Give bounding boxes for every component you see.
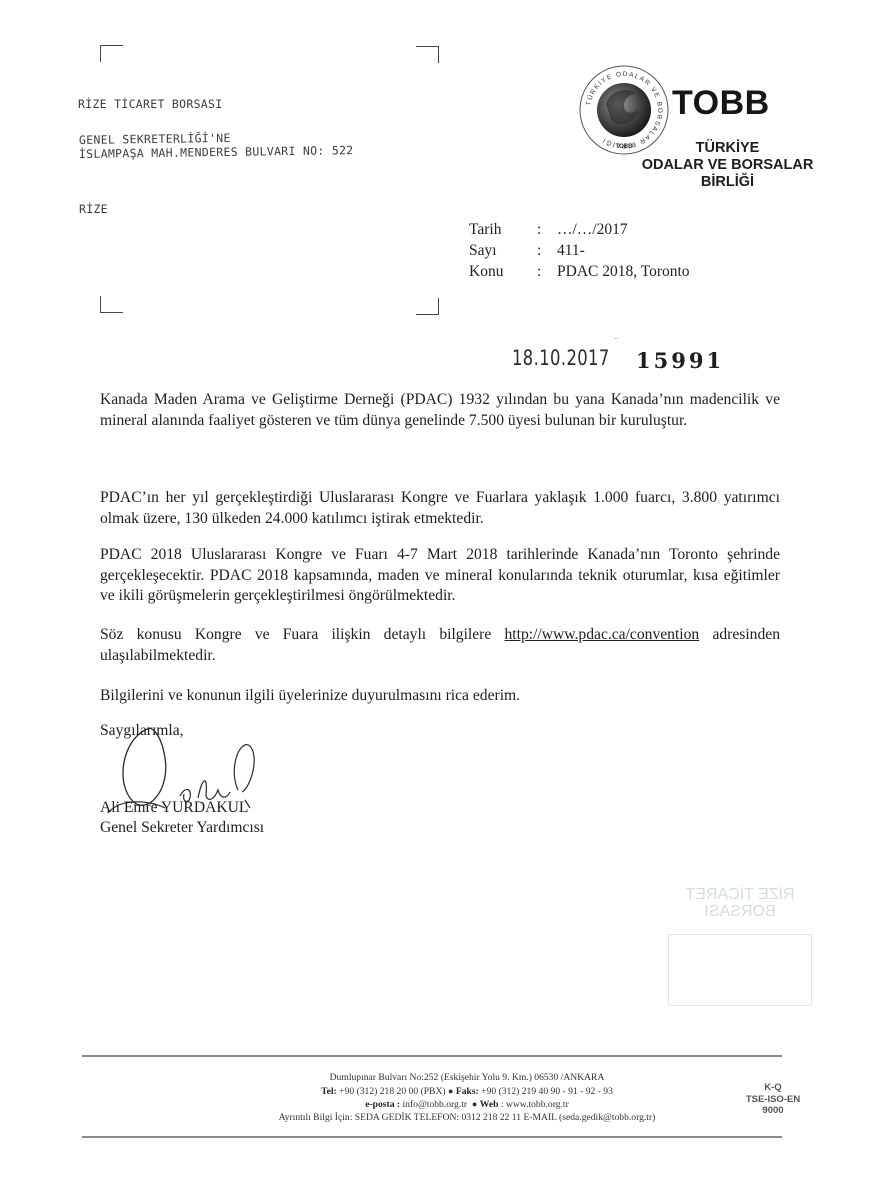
incoming-stamp-ghost: RİZE TİCARET BORSASI bbox=[660, 886, 820, 1026]
paragraph: Bilgilerini ve konunun ilgili üyeleriniz… bbox=[100, 686, 780, 707]
cert-line: K-Q bbox=[738, 1082, 808, 1094]
footer-address: Dumlupınar Bulvarı No:252 (Eskişehir Yol… bbox=[232, 1072, 702, 1085]
footer-divider bbox=[82, 1055, 782, 1057]
ghost-stamp-line: BORSASI bbox=[660, 903, 820, 920]
meta-value: …/…/2017 bbox=[557, 219, 628, 240]
web-label: Web bbox=[480, 1099, 499, 1110]
footer-phones: Tel: +90 (312) 218 20 00 (PBX) ● Faks: +… bbox=[232, 1085, 702, 1099]
web-link[interactable]: www.tobb.org.tr bbox=[506, 1099, 569, 1110]
footer-contact-person: Ayrıntılı Bilgi İçin: SEDA GEDİK TELEFON… bbox=[232, 1112, 702, 1125]
fax-value: +90 (312) 219 40 90 - 91 - 92 - 93 bbox=[481, 1086, 613, 1097]
meta-value: PDAC 2018, Toronto bbox=[557, 261, 690, 282]
meta-separator: : bbox=[537, 219, 557, 240]
recipient-line-1: RİZE TİCARET BORSASI bbox=[78, 97, 222, 111]
meta-row-date: Tarih : …/…/2017 bbox=[469, 219, 690, 240]
address-window-corner bbox=[416, 298, 439, 315]
meta-value: 411- bbox=[557, 240, 585, 261]
paragraph: PDAC 2018 Uluslararası Kongre ve Fuarı 4… bbox=[100, 545, 780, 607]
sender-name-line: ODALAR VE BORSALAR bbox=[625, 157, 830, 174]
recipient-city: RİZE bbox=[79, 202, 108, 216]
footer-online: e-posta : info@tobb.org.tr ● Web : www.t… bbox=[232, 1098, 702, 1112]
sender-name: TÜRKİYE ODALAR VE BORSALAR BİRLİĞİ bbox=[625, 140, 830, 191]
footer-divider bbox=[82, 1136, 782, 1138]
address-window-corner bbox=[416, 46, 439, 63]
meta-key: Tarih bbox=[469, 219, 537, 240]
paragraph: Kanada Maden Arama ve Geliştirme Derneği… bbox=[100, 390, 780, 431]
sender-name-line: TÜRKİYE bbox=[625, 140, 830, 157]
email-label: e-posta : bbox=[365, 1099, 400, 1110]
sender-name-line: BİRLİĞİ bbox=[625, 174, 830, 191]
recipient-line-3: İSLAMPAŞA MAH.MENDERES BULVARI NO: 522 bbox=[79, 143, 354, 161]
meta-separator: : bbox=[537, 261, 557, 282]
meta-separator: : bbox=[537, 240, 557, 261]
stamp-number: 15991 bbox=[636, 348, 724, 373]
bullet-icon: ● bbox=[472, 1099, 477, 1109]
bullet-icon: ● bbox=[448, 1086, 453, 1096]
pdac-convention-link[interactable]: http://www.pdac.ca/convention bbox=[505, 626, 700, 643]
meta-row-number: Sayı : 411- bbox=[469, 240, 690, 261]
signatory-title: Genel Sekreter Yardımcısı bbox=[100, 819, 264, 837]
paragraph-text: Söz konusu Kongre ve Fuara ilişkin detay… bbox=[100, 626, 505, 643]
certification-mark: K-Q TSE-ISO-EN 9000 bbox=[738, 1082, 808, 1117]
footer-contact: Dumlupınar Bulvarı No:252 (Eskişehir Yol… bbox=[232, 1072, 702, 1124]
tel-value: +90 (312) 218 20 00 (PBX) bbox=[339, 1086, 445, 1097]
letter-meta: Tarih : …/…/2017 Sayı : 411- Konu : PDAC… bbox=[469, 219, 690, 282]
address-window-corner bbox=[100, 45, 123, 62]
meta-key: Konu bbox=[469, 261, 537, 282]
stamp-date: 18.10.2017 bbox=[512, 346, 610, 370]
ghost-stamp-line: RİZE TİCARET bbox=[660, 886, 820, 903]
cert-line: 9000 bbox=[738, 1105, 808, 1117]
tel-label: Tel: bbox=[321, 1086, 337, 1097]
address-window-corner bbox=[100, 296, 123, 313]
cert-line: TSE-ISO-EN bbox=[738, 1094, 808, 1106]
signatory-name: Ali Emre YURDAKUL bbox=[100, 799, 248, 817]
meta-row-subject: Konu : PDAC 2018, Toronto bbox=[469, 261, 690, 282]
paragraph: Söz konusu Kongre ve Fuara ilişkin detay… bbox=[100, 625, 780, 666]
paragraph: PDAC’ın her yıl gerçekleştirdiği Uluslar… bbox=[100, 488, 780, 529]
email-link[interactable]: info@tobb.org.tr bbox=[403, 1099, 468, 1110]
meta-key: Sayı bbox=[469, 240, 537, 261]
sender-acronym: TOBB bbox=[672, 84, 770, 123]
ghost-stamp-box bbox=[668, 934, 812, 1006]
fax-label: Faks: bbox=[456, 1086, 479, 1097]
stamp-mark: ¨ bbox=[615, 336, 618, 346]
